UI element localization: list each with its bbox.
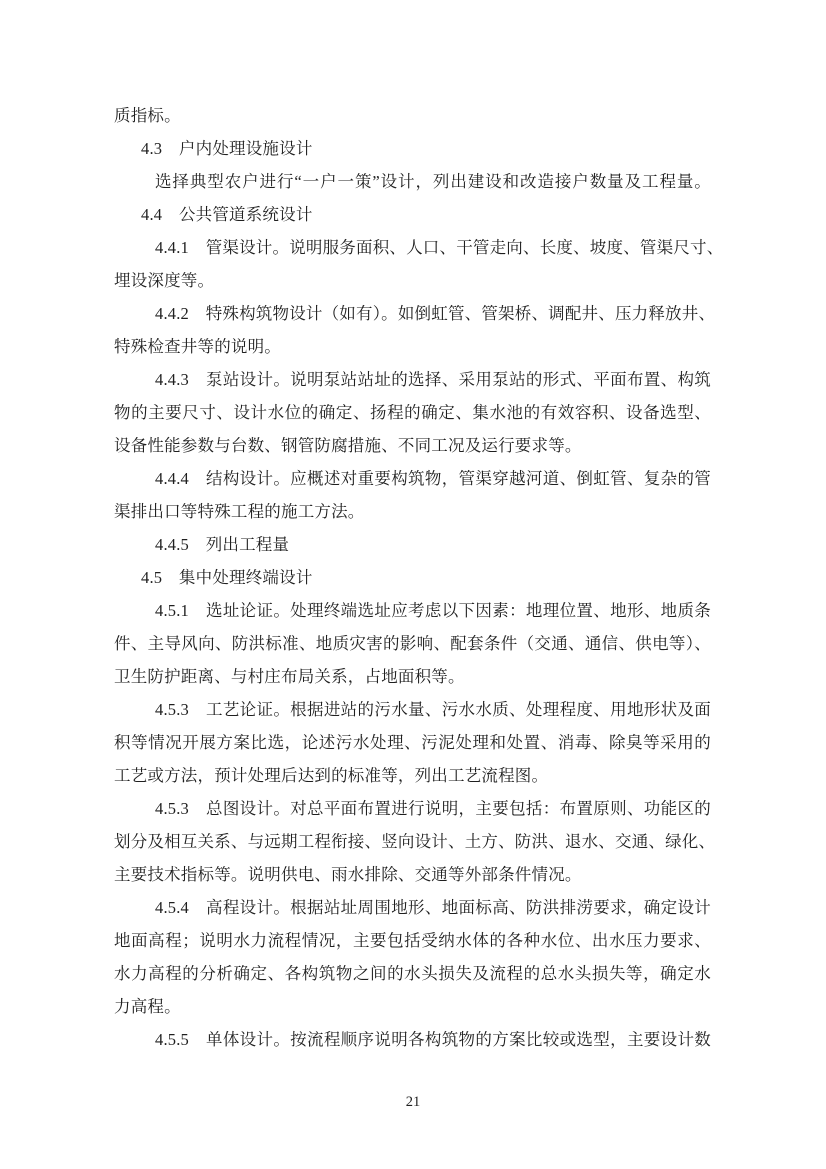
text-line: 选择典型农户进行“一户一策”设计，列出建设和改造接户数量及工程量。 (114, 165, 711, 198)
text-line: 地面高程；说明水力流程情况，主要包括受纳水体的各种水位、出水压力要求、 (114, 924, 711, 957)
page-number: 21 (0, 1092, 826, 1112)
text-line: 4.5.3 工艺论证。根据进站的污水量、污水水质、处理程度、用地形状及面 (114, 693, 711, 726)
text-line: 4.4.5 列出工程量 (114, 528, 711, 561)
text-line: 物的主要尺寸、设计水位的确定、扬程的确定、集水池的有效容积、设备选型、 (114, 396, 711, 429)
text-line: 埋设深度等。 (114, 264, 711, 297)
text-line: 卫生防护距离、与村庄布局关系，占地面积等。 (114, 660, 711, 693)
text-line: 特殊检查井等的说明。 (114, 330, 711, 363)
document-page: 质指标。4.3 户内处理设施设计选择典型农户进行“一户一策”设计，列出建设和改造… (0, 0, 826, 1169)
text-line: 4.5.5 单体设计。按流程顺序说明各构筑物的方案比较或选型，主要设计数 (114, 1023, 711, 1056)
text-line: 4.4.1 管渠设计。说明服务面积、人口、干管走向、长度、坡度、管渠尺寸、 (114, 231, 711, 264)
text-line: 4.4.4 结构设计。应概述对重要构筑物，管渠穿越河道、倒虹管、复杂的管 (114, 462, 711, 495)
text-line: 4.5.1 选址论证。处理终端选址应考虑以下因素：地理位置、地形、地质条 (114, 594, 711, 627)
text-line: 4.4.2 特殊构筑物设计（如有）。如倒虹管、管架桥、调配井、压力释放井、 (114, 297, 711, 330)
text-line: 水力高程的分析确定、各构筑物之间的水头损失及流程的总水头损失等，确定水 (114, 957, 711, 990)
text-line: 件、主导风向、防洪标准、地质灾害的影响、配套条件（交通、通信、供电等）、 (114, 627, 711, 660)
text-line: 4.5.4 高程设计。根据站址周围地形、地面标高、防洪排涝要求，确定设计 (114, 891, 711, 924)
text-line: 渠排出口等特殊工程的施工方法。 (114, 495, 711, 528)
text-line: 4.4 公共管道系统设计 (114, 198, 711, 231)
text-line: 工艺或方法，预计处理后达到的标准等，列出工艺流程图。 (114, 759, 711, 792)
text-line: 4.5.3 总图设计。对总平面布置进行说明，主要包括：布置原则、功能区的 (114, 792, 711, 825)
text-line: 设备性能参数与台数、钢管防腐措施、不同工况及运行要求等。 (114, 429, 711, 462)
text-line: 4.3 户内处理设施设计 (114, 132, 711, 165)
text-line: 积等情况开展方案比选，论述污水处理、污泥处理和处置、消毒、除臭等采用的 (114, 726, 711, 759)
text-line: 4.4.3 泵站设计。说明泵站站址的选择、采用泵站的形式、平面布置、构筑 (114, 363, 711, 396)
text-line: 主要技术指标等。说明供电、雨水排除、交通等外部条件情况。 (114, 858, 711, 891)
text-line: 4.5 集中处理终端设计 (114, 561, 711, 594)
text-line: 划分及相互关系、与远期工程衔接、竖向设计、土方、防洪、退水、交通、绿化、 (114, 825, 711, 858)
text-line: 力高程。 (114, 990, 711, 1023)
document-lines: 质指标。4.3 户内处理设施设计选择典型农户进行“一户一策”设计，列出建设和改造… (114, 99, 711, 1056)
text-line: 质指标。 (114, 99, 711, 132)
